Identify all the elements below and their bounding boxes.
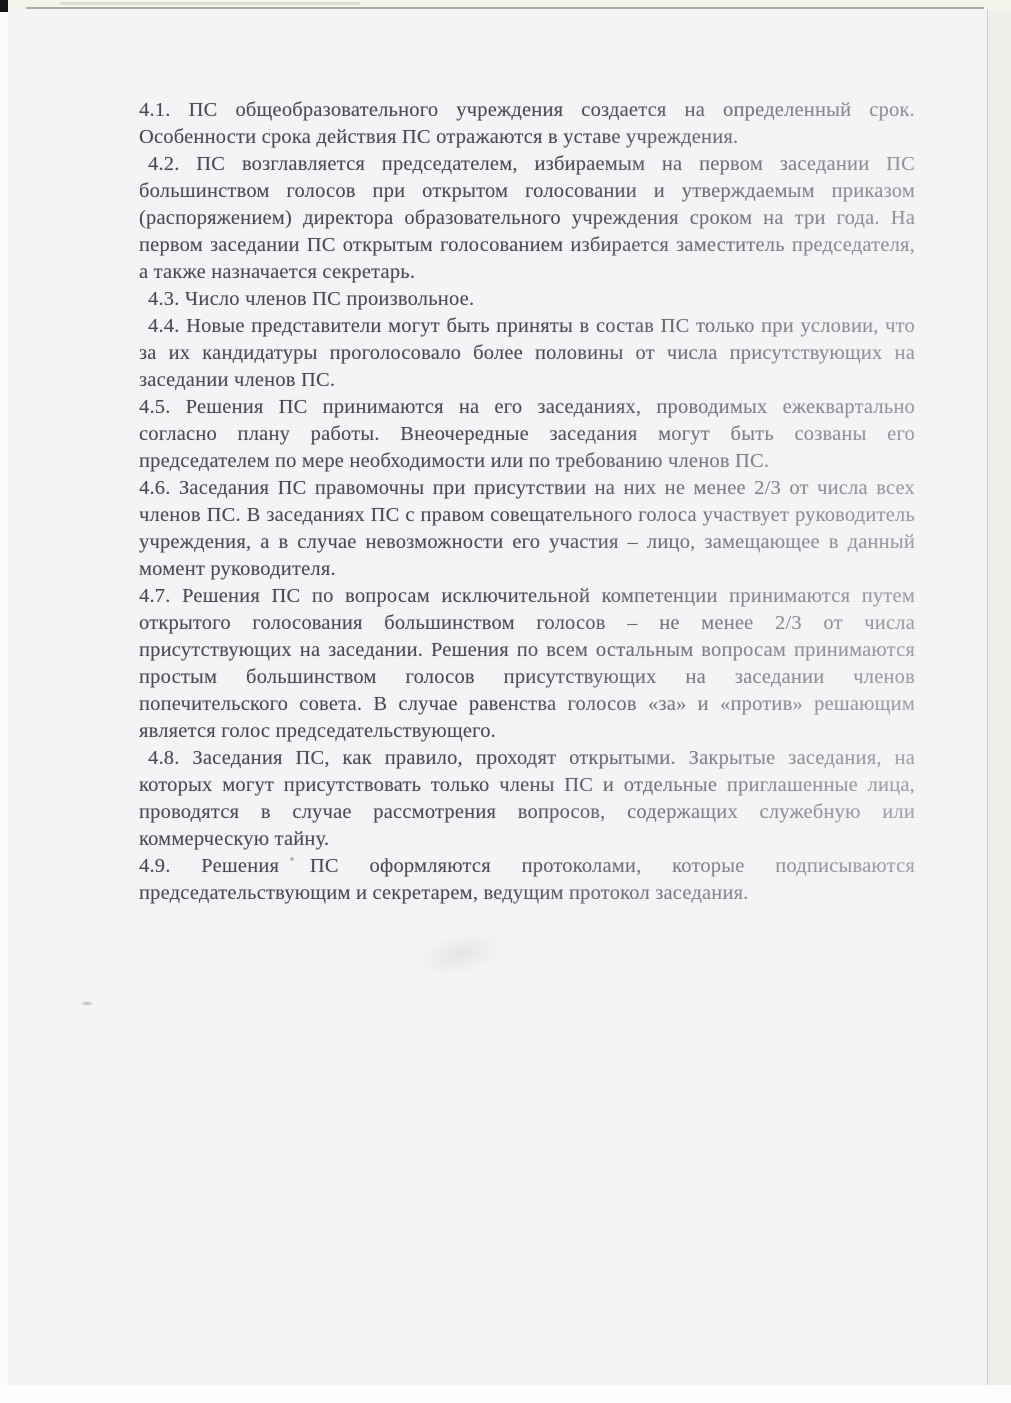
document-body-text: 4.1. ПС общеобразовательного учреждения …	[139, 97, 915, 907]
scan-edge-smudge	[60, 2, 360, 5]
paragraph-4-1: 4.1. ПС общеобразовательного учреждения …	[139, 97, 915, 151]
paragraph-4-2: 4.2. ПС возглавляется председателем, изб…	[139, 151, 915, 286]
paper-speck	[80, 1001, 94, 1006]
paragraph-4-7: 4.7. Решения ПС по вопросам исключительн…	[139, 583, 915, 745]
paper-smudge	[410, 925, 511, 984]
scanner-bed-bottom-strip	[0, 1385, 1011, 1403]
scan-corner-black-mark	[0, 0, 8, 12]
paragraph-4-4: 4.4. Новые представители могут быть прин…	[139, 313, 915, 394]
scanned-document-canvas: 4.1. ПС общеобразовательного учреждения …	[0, 0, 1011, 1403]
paper-dot	[290, 857, 294, 861]
paragraph-4-3: 4.3. Число членов ПС произвольное.	[139, 286, 915, 313]
paragraph-4-9: 4.9. Решения ПС оформляются протоколами,…	[139, 853, 915, 907]
paragraph-4-8: 4.8. Заседания ПС, как правило, проходят…	[139, 745, 915, 853]
paragraph-4-6: 4.6. Заседания ПС правомочны при присутс…	[139, 475, 915, 583]
scanner-bed-right-strip	[988, 8, 1011, 1385]
scanned-page: 4.1. ПС общеобразовательного учреждения …	[8, 9, 988, 1385]
paragraph-4-5: 4.5. Решения ПС принимаются на его засед…	[139, 394, 915, 475]
